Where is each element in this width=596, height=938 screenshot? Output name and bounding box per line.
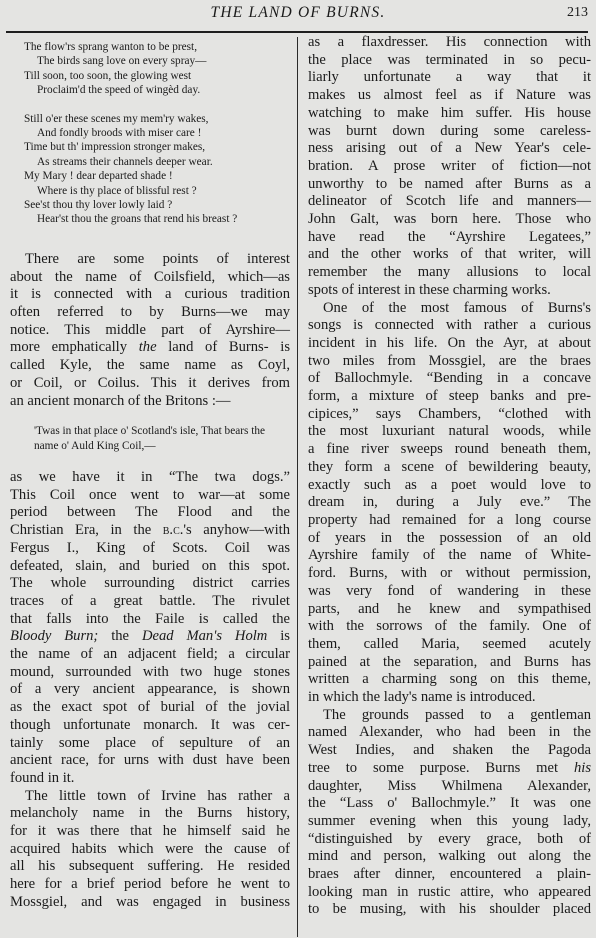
text-line: an ancient monarch of the Britons :— bbox=[10, 393, 290, 411]
paragraph-ballochmyle: One of the most famous of Burns's songs … bbox=[308, 300, 591, 707]
text-line: melancholy name in the Burns history, bbox=[10, 805, 290, 823]
text-line: period between The Flood and the bbox=[10, 504, 290, 522]
text-line: was burnt down during some careless- bbox=[308, 123, 591, 141]
poem-stanza: Still o'er these scenes my mem'ry wakes,… bbox=[24, 112, 290, 227]
paragraph-flaxdresser: as a flaxdresser. His connection with th… bbox=[308, 34, 591, 300]
text-line: of years in the possession of an old bbox=[308, 530, 591, 548]
text-line: with the sorrows of the family. One of bbox=[308, 618, 591, 636]
text-line: looking man in rustic attire, who appear… bbox=[308, 884, 591, 902]
text-line: songs is connected with rather a curious bbox=[308, 317, 591, 335]
text-line: the most luxuriant natural woods, while bbox=[308, 423, 591, 441]
text-run: tree to some purpose. Burns met bbox=[308, 760, 574, 776]
poem-line: 'Twas in that place o' Scotland's isle, bbox=[34, 425, 198, 437]
text-line: unworthy to be named after Burns as a bbox=[308, 176, 591, 194]
text-run: Christian Era, in the bbox=[10, 522, 163, 538]
text-line: There are some points of interest bbox=[10, 251, 290, 269]
text-line: braes after dinner, encountered a plain- bbox=[308, 866, 591, 884]
text-line: watching to make him suffer. His house bbox=[308, 105, 591, 123]
text-line: or Coil, or Coilus. This it derives from bbox=[10, 375, 290, 393]
poem-stanza: The flow'rs sprang wanton to be prest, T… bbox=[24, 40, 290, 98]
poem-line: The flow'rs sprang wanton to be prest, bbox=[24, 40, 290, 54]
text-line: as the exact spot of burial of the jovia… bbox=[10, 699, 290, 717]
text-line: tainly some place of sepulture of an bbox=[10, 735, 290, 753]
page-number: 213 bbox=[567, 5, 588, 21]
paragraph-coilsfield: There are some points of interest about … bbox=[10, 251, 290, 410]
text-line: ness arising out of a New Year's cele- bbox=[308, 140, 591, 158]
text-line: have read the “Ayrshire Legatees,” bbox=[308, 229, 591, 247]
text-line: a fine river sweeps round beneath them, bbox=[308, 441, 591, 459]
text-line: spots of interest in these charming work… bbox=[308, 282, 591, 300]
text-line: named Alexander, who had been in the bbox=[308, 724, 591, 742]
poem-line: The birds sang love on every spray— bbox=[24, 54, 290, 68]
text-line: mind and person, walking out along the bbox=[308, 848, 591, 866]
text-line: the “Lass o' Ballochmyle.” It was one bbox=[308, 795, 591, 813]
text-line: that falls into the Faile is called the bbox=[10, 611, 290, 629]
text-line: West Indies, and shaken the Pagoda bbox=[308, 742, 591, 760]
poem-line: Proclaim'd the speed of wingèd day. bbox=[24, 83, 290, 97]
text-line: Ayrshire family of the name of White- bbox=[308, 547, 591, 565]
text-line: The grounds passed to a gentleman bbox=[308, 707, 591, 725]
text-line: of Ballochmyle. “Bending in a concave bbox=[308, 370, 591, 388]
text-line: parts, and he knew and sympathised bbox=[308, 601, 591, 619]
text-line: ancient race, for urns with dust have be… bbox=[10, 752, 290, 770]
text-line: tree to some purpose. Burns met his bbox=[308, 760, 591, 778]
text-line: in which the lady's name is introduced. bbox=[308, 689, 591, 707]
text-line: Mossgiel, and was engaged in business bbox=[10, 894, 290, 912]
text-line: as we have it in “The twa dogs.” bbox=[10, 469, 290, 487]
poem-line: See'st thou thy lover lowly laid ? bbox=[24, 198, 290, 212]
text-line: dream in, during a July eve.” The bbox=[308, 494, 591, 512]
text-line: and the other works of that writer, will bbox=[308, 246, 591, 264]
text-line: This Coil once went to war—at some bbox=[10, 487, 290, 505]
text-line: One of the most famous of Burns's bbox=[308, 300, 591, 318]
running-title: THE LAND OF BURNS. bbox=[0, 4, 596, 22]
italic-emphasis: the bbox=[139, 339, 157, 355]
text-run: more emphatically bbox=[10, 339, 139, 355]
text-line: delineator of Scotch life and manners— bbox=[308, 193, 591, 211]
text-line: called Kyle, the same name as Coyl, bbox=[10, 357, 290, 375]
text-line: The whole surrounding district carries bbox=[10, 575, 290, 593]
text-line: makes us almost feel as if Nature was bbox=[308, 87, 591, 105]
small-caps-abbrev: b.c. bbox=[163, 522, 184, 538]
text-line: form, a mixture of steep banks and pre- bbox=[308, 388, 591, 406]
text-line: Christian Era, in the b.c.'s anyhow—with bbox=[10, 522, 290, 540]
text-line: though unfortunate monarch. It was cer- bbox=[10, 717, 290, 735]
text-line: it is connected with a curious tradition bbox=[10, 286, 290, 304]
text-line: the name of an adjacent field; a circula… bbox=[10, 646, 290, 664]
text-run: land of Burns- is bbox=[157, 339, 290, 355]
header-rule bbox=[6, 31, 588, 33]
text-line: defeated, slain, and buried on this spot… bbox=[10, 558, 290, 576]
text-line: property had remained for a long course bbox=[308, 512, 591, 530]
poem-line: Hear'st thou the groans that rend his br… bbox=[24, 212, 290, 226]
text-line: here for a brief period before he went t… bbox=[10, 876, 290, 894]
text-line: incident in his life. On the Ayr, at abo… bbox=[308, 335, 591, 353]
text-line: The little town of Irvine has rather a bbox=[10, 788, 290, 806]
right-column: as a flaxdresser. His connection with th… bbox=[308, 34, 591, 938]
poem-line: Time but th' impression stronger makes, bbox=[24, 140, 290, 154]
text-line: found in it. bbox=[10, 770, 290, 788]
text-line: of a very ancient appearance, is shown bbox=[10, 681, 290, 699]
text-line: to be musing, with his shoulder placed bbox=[308, 901, 591, 919]
poem-excerpt-2: 'Twas in that place o' Scotland's isle, … bbox=[34, 424, 290, 453]
poem-line: Where is thy place of blissful rest ? bbox=[24, 184, 290, 198]
poem-line: As streams their channels deeper wear. bbox=[24, 155, 290, 169]
text-line: acquired habits which were the cause of bbox=[10, 841, 290, 859]
text-run: the bbox=[98, 628, 142, 644]
text-line: them, called Maria, seemed acutely bbox=[308, 636, 591, 654]
text-line: cipices,” says Chambers, “clothed with bbox=[308, 406, 591, 424]
poem-line: Still o'er these scenes my mem'ry wakes, bbox=[24, 112, 290, 126]
poem-excerpt-1: The flow'rs sprang wanton to be prest, T… bbox=[24, 40, 290, 227]
italic-place-name: Dead Man's Holm bbox=[142, 628, 267, 644]
text-line: all his subsequent suffering. He resided bbox=[10, 858, 290, 876]
column-divider bbox=[297, 37, 298, 937]
poem-line: My Mary ! dear departed shade ! bbox=[24, 169, 290, 183]
text-line: remember the many allusions to local bbox=[308, 264, 591, 282]
text-line: about the name of Coilsfield, which—as bbox=[10, 269, 290, 287]
text-line: Bloody Burn; the Dead Man's Holm is bbox=[10, 628, 290, 646]
italic-emphasis: his bbox=[574, 760, 591, 776]
italic-place-name: Bloody Burn; bbox=[10, 628, 98, 644]
text-line: John Galt, was born here. Those who bbox=[308, 211, 591, 229]
poem-line: Till soon, too soon, the glowing west bbox=[24, 69, 290, 83]
text-line: notice. This middle part of Ayrshire— bbox=[10, 322, 290, 340]
page-header: THE LAND OF BURNS. 213 bbox=[0, 0, 596, 32]
left-column: The flow'rs sprang wanton to be prest, T… bbox=[10, 34, 290, 938]
text-line: they form a scene of bewildering beauty, bbox=[308, 459, 591, 477]
text-line: “distinguished by every grace, both of bbox=[308, 831, 591, 849]
text-line: pained at the separation, and Burns has bbox=[308, 654, 591, 672]
text-line: daughter, Miss Whilmena Alexander, bbox=[308, 778, 591, 796]
text-line: as a flaxdresser. His connection with bbox=[308, 34, 591, 52]
text-line: summer evening when this young lady, bbox=[308, 813, 591, 831]
paragraph-coil-legend: as we have it in “The twa dogs.” This Co… bbox=[10, 469, 290, 788]
text-run: is bbox=[267, 628, 290, 644]
paragraph-alexander: The grounds passed to a gentleman named … bbox=[308, 707, 591, 919]
text-line: traces of a great battle. The rivulet bbox=[10, 593, 290, 611]
text-line: ford. Burns, with or without permission, bbox=[308, 565, 591, 583]
text-line: exactly such as a poet would love to bbox=[308, 477, 591, 495]
poem-line: And fondly broods with miser care ! bbox=[24, 126, 290, 140]
paragraph-irvine: The little town of Irvine has rather a m… bbox=[10, 788, 290, 912]
text-line: mound, surrounded with two huge stones bbox=[10, 664, 290, 682]
text-line: was very fond of wandering in these bbox=[308, 583, 591, 601]
text-line: bration. A prose writer of fiction—not bbox=[308, 158, 591, 176]
text-line: two miles from Mossgiel, are the braes bbox=[308, 353, 591, 371]
text-run: 's anyhow—with bbox=[183, 522, 290, 538]
text-line: more emphatically the land of Burns- is bbox=[10, 339, 290, 357]
text-line: Fergus I., King of Scots. Coil was bbox=[10, 540, 290, 558]
text-line: the place was terminated in so pecu- bbox=[308, 52, 591, 70]
text-line: liarly unfortunate a way that it bbox=[308, 69, 591, 87]
text-line: often referred to by Burns—we may bbox=[10, 304, 290, 322]
text-line: for it was there that he himself said he bbox=[10, 823, 290, 841]
text-line: written a charming song on this theme, bbox=[308, 671, 591, 689]
